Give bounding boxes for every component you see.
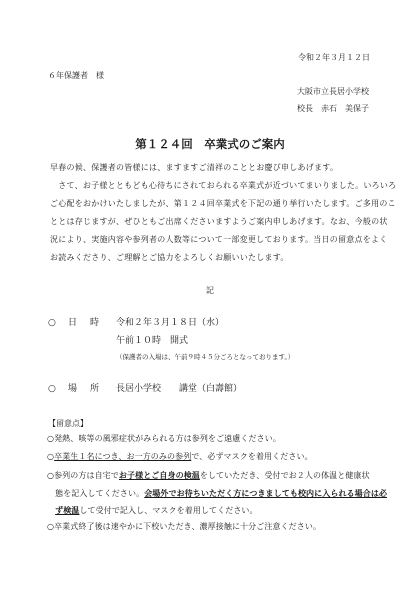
emphasized-text: 卒業生１名につき、お一方のみの参列 xyxy=(54,452,191,461)
place-label: 場 所 xyxy=(68,383,101,395)
emphasized-text: ず検温 xyxy=(55,505,79,515)
notice-text: ○参列の方は自宅で xyxy=(47,471,119,480)
notice-text: して受付で記入し、マスクを着用してください。 xyxy=(79,506,257,515)
event-time: 午前１０時 開式 xyxy=(116,335,188,347)
notice-item: ○参列の方は自宅でお子様とご自身の検温をしていただき、受付でお２人の体温と健康状 xyxy=(47,470,370,481)
body-line: ととは存じますが、ぜひともご出席くださいますようご案内申しあげます。なお、今般の… xyxy=(50,217,388,227)
notice-text: ○卒業式終了後は速やかに下校いただき、濃厚接触に十分ご注意ください。 xyxy=(47,522,321,531)
notice-item: ○発熱、咳等の風邪症状がみられる方は参列をご遠慮ください。 xyxy=(47,434,281,444)
bullet-circle-icon: ○ xyxy=(48,317,56,329)
notice-item: ○卒業生１名につき、お一方のみの参列で、必ずマスクを着用ください。 xyxy=(47,452,313,462)
bullet-circle-icon: ○ xyxy=(48,383,56,395)
entry-time-note: （保護者の入場は、午前９時４５分ごろとなっております。） xyxy=(116,353,294,362)
notice-text: ○発熱、咳等の風邪症状がみられる方は参列をご遠慮ください。 xyxy=(47,434,281,443)
emphasized-text: お子様とご自身の検温 xyxy=(119,470,200,480)
notice-item: ○卒業式終了後は速やかに下校いただき、濃厚接触に十分ご注意ください。 xyxy=(47,522,321,532)
principal-name: 校長 赤石 美保子 xyxy=(297,104,369,114)
body-line: 早春の候、保護者の皆様には、ますますご清祥のこととお慶び申しあげます。 xyxy=(50,163,338,173)
event-date: 令和２年３月１８日（水） xyxy=(116,317,224,329)
body-line: さて、お子様とともども心待ちにされておられる卒業式が近づいてまいりました。いろい… xyxy=(50,181,396,191)
school-name: 大阪市立長居小学校 xyxy=(297,87,369,97)
datetime-label: 日 時 xyxy=(68,317,101,329)
emphasized-text: 会場外でお待ちいただく方につきましても校内に入られる場合は必 xyxy=(144,488,387,498)
place-value: 長居小学校 講堂（白壽館） xyxy=(116,383,242,395)
notices-heading: 【留意点】 xyxy=(48,419,88,429)
document-page: 令和２年３月１２日 ６年保護者 様 大阪市立長居小学校 校長 赤石 美保子 第１… xyxy=(0,0,420,594)
notice-item: 態を記入してください。会場外でお待ちいただく方につきましても校内に入られる場合は… xyxy=(47,488,387,499)
notice-text xyxy=(47,506,55,515)
recipient: ６年保護者 様 xyxy=(48,71,104,81)
issue-date: 令和２年３月１２日 xyxy=(298,53,370,63)
notice-item: ず検温して受付で記入し、マスクを着用してください。 xyxy=(47,505,258,516)
body-line: お読みくださり、ご理解とご協力をよろしくお願いいたします。 xyxy=(50,253,289,263)
notice-text: で、必ずマスクを着用ください。 xyxy=(191,452,312,461)
ki-heading: 記 xyxy=(0,286,420,296)
notice-text: をしていただき、受付でお２人の体温と健康状 xyxy=(200,471,370,480)
body-line: 況により、実施内容や参列者の人数等について一部変更しております。当日の留意点をよ… xyxy=(50,235,387,245)
notice-text: 態を記入してください。 xyxy=(47,489,144,498)
body-line: ご心配をおかけいたしましたが、第１２４回卒業式を下記の通り挙行いたします。ご多用… xyxy=(50,199,396,209)
page-title: 第１２４回 卒業式のご案内 xyxy=(0,136,420,152)
